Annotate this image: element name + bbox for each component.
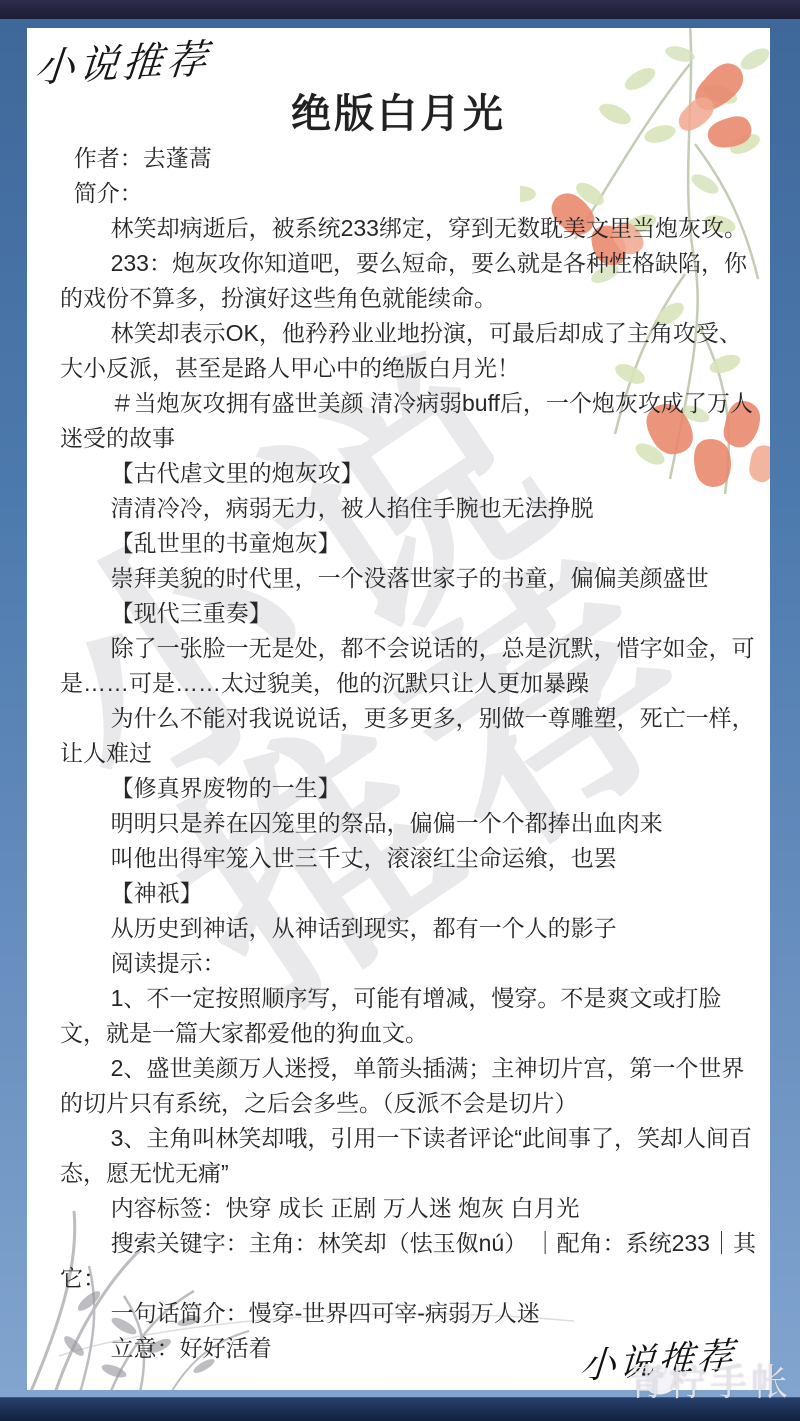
author-line: 作者：去蓬蒿 <box>60 141 760 176</box>
novel-recommendation-card: 小说 推荐 <box>0 0 800 1421</box>
paragraph: 崇拜美貌的时代里，一个没落世家子的书童，偏偏美颜盛世 <box>60 561 760 596</box>
intro-label: 简介： <box>60 176 760 211</box>
paragraph: 【神祇】 <box>60 876 760 911</box>
paragraph: 1、不一定按照顺序写，可能有增减，慢穿。不是爽文或打脸文，就是一篇大家都爱他的狗… <box>60 981 760 1051</box>
paragraph: 搜索关键字：主角：林笑却（怯玉伮nú） ｜配角：系统233｜其它： <box>60 1226 760 1296</box>
paragraph: 阅读提示： <box>60 946 760 981</box>
novel-title: 绝版白月光 <box>27 82 770 139</box>
paragraph: 林笑却表示OK，他矜矜业业地扮演，可最后却成了主角攻受、大小反派，甚至是路人甲心… <box>60 316 760 386</box>
paragraph: 【古代虐文里的炮灰攻】 <box>60 456 760 491</box>
paragraph: 从历史到神话，从神话到现实，都有一个人的影子 <box>60 911 760 946</box>
paragraph: 233：炮灰攻你知道吧，要么短命，要么就是各种性格缺陷，你的戏份不算多，扮演好这… <box>60 246 760 316</box>
paragraph: 【乱世里的书童炮灰】 <box>60 526 760 561</box>
paragraph: 清清冷冷，病弱无力，被人掐住手腕也无法挣脱 <box>60 491 760 526</box>
paragraph: 叫他出得牢笼入世三千丈，滚滚红尘命运飨，也罢 <box>60 841 760 876</box>
paragraph: 林笑却病逝后，被系统233绑定，穿到无数耽美文里当炮灰攻。 <box>60 211 760 246</box>
paper-panel: 小说 推荐 <box>27 28 770 1390</box>
synopsis-content: 作者：去蓬蒿 简介： 林笑却病逝后，被系统233绑定，穿到无数耽美文里当炮灰攻。… <box>27 139 770 1366</box>
paragraph: 除了一张脸一无是处，都不会说话的，总是沉默，惜字如金，可是……可是……太过貌美，… <box>60 631 760 701</box>
publisher-signature: 青柠手帐 <box>628 1352 792 1406</box>
paragraph: 内容标签：快穿 成长 正剧 万人迷 炮灰 白月光 <box>60 1191 760 1226</box>
paragraph: 为什么不能对我说说话，更多更多，别做一尊雕塑，死亡一样，让人难过 <box>60 701 760 771</box>
paragraph: 2、盛世美颜万人迷授，单箭头插满；主神切片宫，第一个世界的切片只有系统，之后会多… <box>60 1051 760 1121</box>
paragraph: 【修真界废物的一生】 <box>60 771 760 806</box>
top-dark-band <box>0 0 800 19</box>
paragraph: 一句话简介：慢穿-世界四可宰-病弱万人迷 <box>60 1296 760 1331</box>
paragraph: 3、主角叫林笑却哦，引用一下读者评论“此间事了，笑却人间百态，愿无忧无痛” <box>60 1121 760 1191</box>
paragraph: 【现代三重奏】 <box>60 596 760 631</box>
paragraph: 明明只是养在囚笼里的祭品，偏偏一个个都捧出血肉来 <box>60 806 760 841</box>
logo-top-left: 小说推荐 <box>33 28 214 94</box>
paragraph: ＃当炮灰攻拥有盛世美颜 清冷病弱buff后，一个炮灰攻成了万人迷受的故事 <box>60 386 760 456</box>
